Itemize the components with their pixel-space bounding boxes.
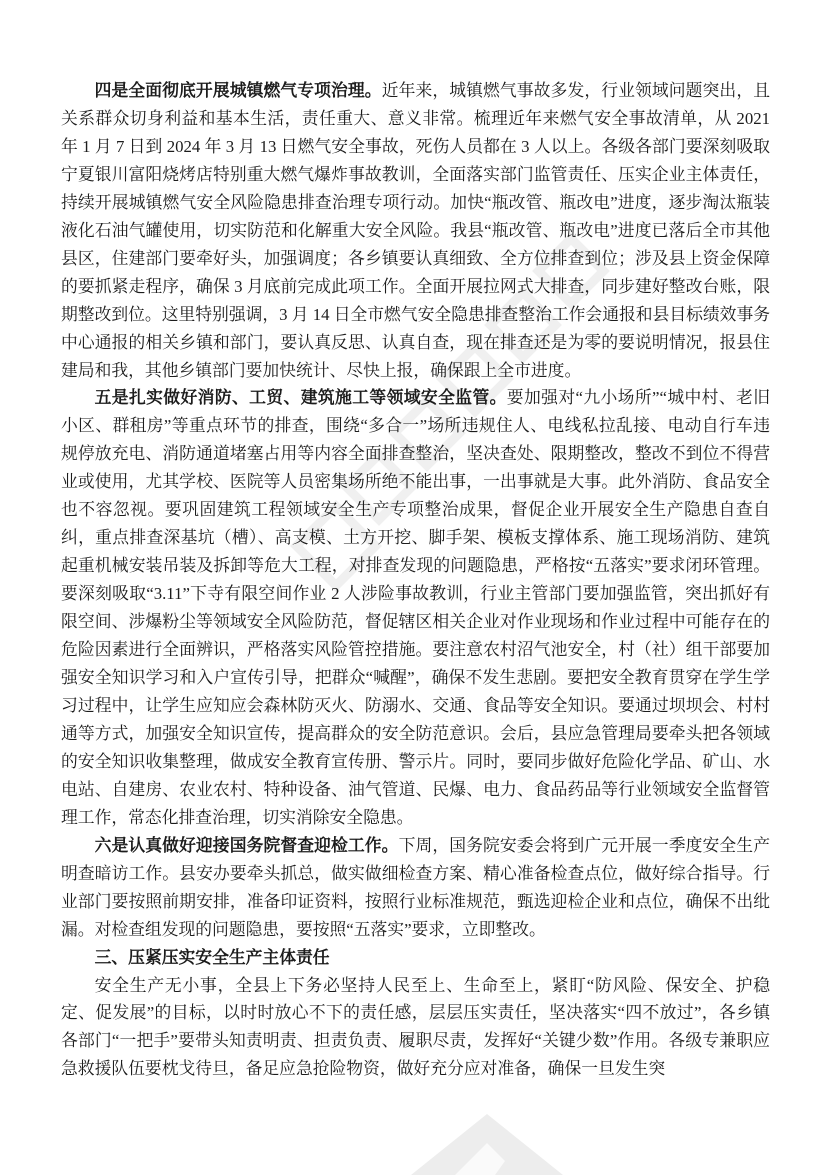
section-heading-responsibility: 三、压紧压实安全生产主体责任 — [61, 944, 770, 972]
paragraph-lead-bold: 六是认真做好迎接国务院督查迎检工作。 — [95, 836, 399, 855]
paragraph-gas-special-treatment: 四是全面彻底开展城镇燃气专项治理。近年来，城镇燃气事故多发，行业领域问题突出，且… — [61, 77, 770, 384]
triangle-logo-watermark — [411, 1114, 563, 1175]
paragraph-responsibility-body: 安全生产无小事，全县上下务必坚持人民至上、生命至上，紧盯“防风险、保安全、护稳定… — [61, 972, 770, 1084]
paragraph-body-text: 近年来，城镇燃气事故多发，行业领域问题突出，且关系群众切身利益和基本生活，责任重… — [61, 81, 770, 380]
paragraph-state-council-inspection: 六是认真做好迎接国务院督查迎检工作。下周，国务院安委会将到广元开展一季度安全生产… — [61, 832, 770, 944]
paragraph-lead-bold: 五是扎实做好消防、工贸、建筑施工等领域安全监管。 — [95, 388, 507, 407]
paragraph-lead-bold: 四是全面彻底开展城镇燃气专项治理。 — [95, 81, 382, 100]
document-page: 四是全面彻底开展城镇燃气专项治理。近年来，城镇燃气事故多发，行业领域问题突出，且… — [0, 0, 830, 1175]
paragraph-body-text: 要加强对“九小场所”“城中村、老旧小区、群租房”等重点环节的排查，围绕“多合一”… — [61, 388, 770, 826]
paragraph-fire-trade-construction-supervision: 五是扎实做好消防、工贸、建筑施工等领域安全监管。要加强对“九小场所”“城中村、老… — [61, 384, 770, 831]
paragraph-body-text: 安全生产无小事，全县上下务必坚持人民至上、生命至上，紧盯“防风险、保安全、护稳定… — [61, 976, 770, 1079]
document-body: 四是全面彻底开展城镇燃气专项治理。近年来，城镇燃气事故多发，行业领域问题突出，且… — [61, 77, 770, 1083]
